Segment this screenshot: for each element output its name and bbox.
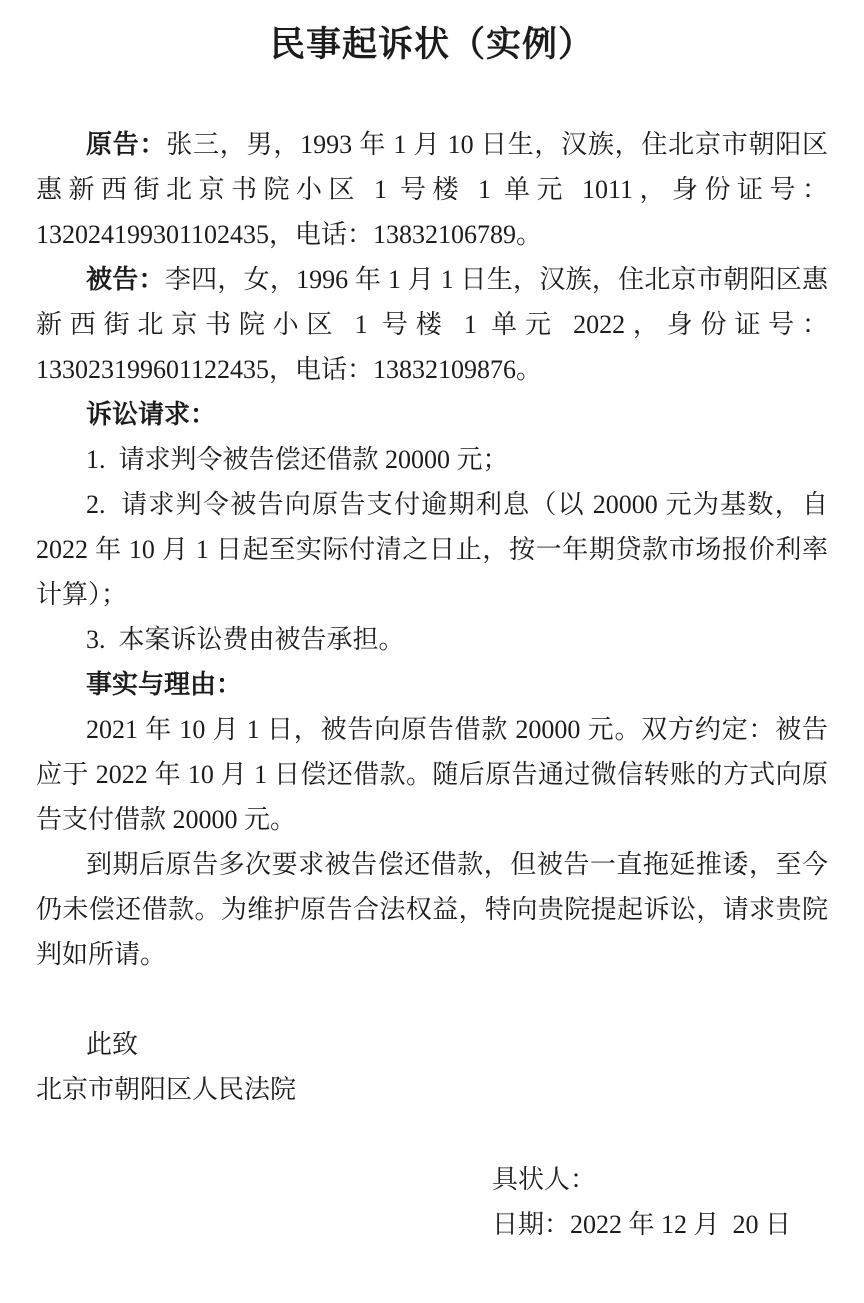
claim-item-2: 2. 请求判令被告向原告支付逾期利息（以 20000 元为基数，自 2022 年… <box>36 482 828 617</box>
defendant-label: 被告： <box>86 265 165 294</box>
claim-item-1: 1. 请求判令被告偿还借款 20000 元； <box>36 437 828 482</box>
signature-block: 具状人： 日期：2022 年 12 月 20 日 <box>492 1157 828 1247</box>
claim-item-3: 3. 本案诉讼费由被告承担。 <box>36 617 828 662</box>
facts-paragraph-2: 到期后原告多次要求被告偿还借款，但被告一直拖延推诿，至今仍未偿还借款。为维护原告… <box>36 842 828 977</box>
document-page: 民事起诉状（实例） 原告：张三，男，1993 年 1 月 10 日生，汉族，住北… <box>0 0 864 1303</box>
facts-heading: 事实与理由： <box>36 662 828 707</box>
defendant-paragraph: 被告：李四，女，1996 年 1 月 1 日生，汉族，住北京市朝阳区惠新西街北京… <box>36 257 828 392</box>
closing-salutation: 此致 <box>36 1022 828 1067</box>
document-title: 民事起诉状（实例） <box>36 20 828 70</box>
plaintiff-paragraph: 原告：张三，男，1993 年 1 月 10 日生，汉族，住北京市朝阳区惠新西街北… <box>36 122 828 257</box>
facts-paragraph-1: 2021 年 10 月 1 日，被告向原告借款 20000 元。双方约定：被告应… <box>36 707 828 842</box>
plaintiff-label: 原告： <box>86 130 166 159</box>
court-name: 北京市朝阳区人民法院 <box>36 1067 828 1112</box>
petitioner-label: 具状人： <box>492 1157 828 1202</box>
date-line: 日期：2022 年 12 月 20 日 <box>492 1202 828 1247</box>
claims-heading: 诉讼请求： <box>36 392 828 437</box>
